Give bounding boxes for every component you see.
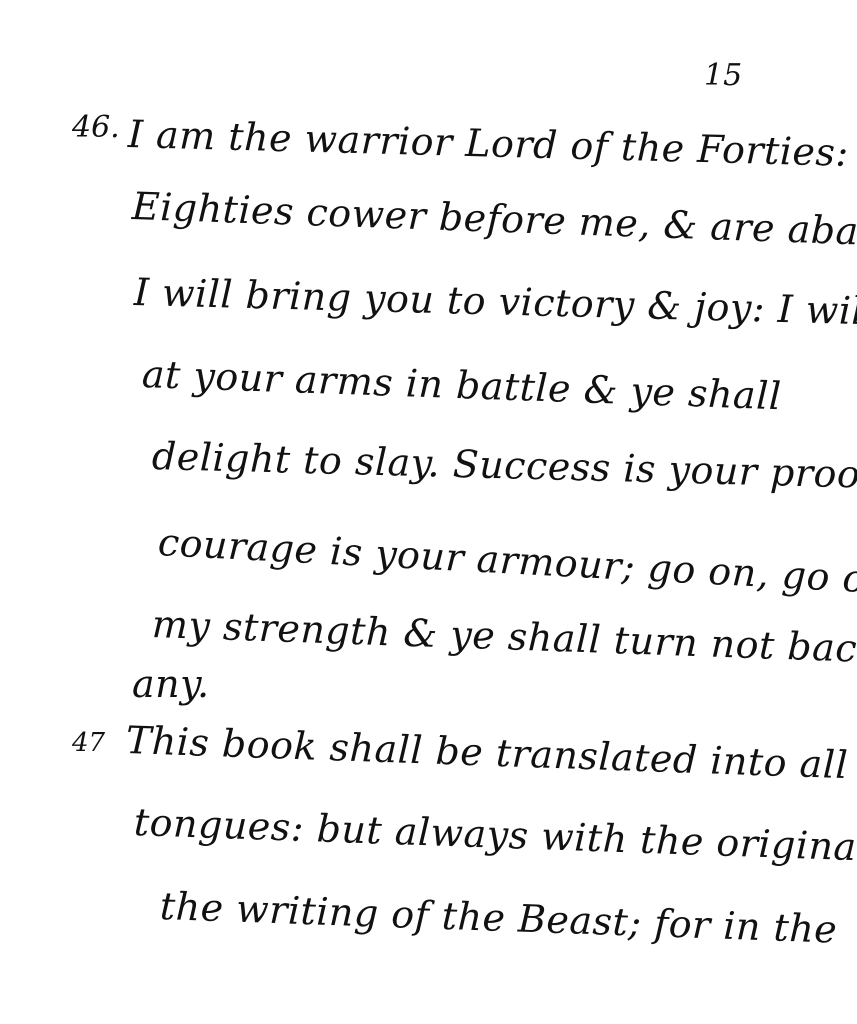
verse-46-line-5: delight to slay. Success is your proof; (151, 434, 857, 497)
verse-47-line-2: tongues: but always with the original in (133, 800, 857, 871)
verse-number-47: 47 (72, 728, 105, 758)
verse-46-line-8: any. (132, 662, 210, 706)
manuscript-page: 15 46. I am the warrior Lord of the Fort… (0, 0, 857, 1024)
verse-47-line-1: This book shall be translated into all (125, 718, 849, 787)
verse-number-46: 46. (72, 110, 120, 145)
verse-46-line-2: Eighties cower before me, & are abased. (131, 184, 857, 256)
verse-46-line-3: I will bring you to victory & joy: I wil… (133, 270, 857, 335)
verse-46-line-1: I am the warrior Lord of the Forties: th… (127, 112, 857, 177)
page-number: 15 (704, 58, 742, 93)
verse-47-line-3: the writing of the Beast; for in the (159, 884, 838, 952)
verse-46-line-6: courage is your armour; go on, go on, in (157, 520, 857, 606)
verse-46-line-4: at your arms in battle & ye shall (141, 352, 782, 418)
verse-46-line-7: my strength & ye shall turn not back for (151, 602, 857, 674)
